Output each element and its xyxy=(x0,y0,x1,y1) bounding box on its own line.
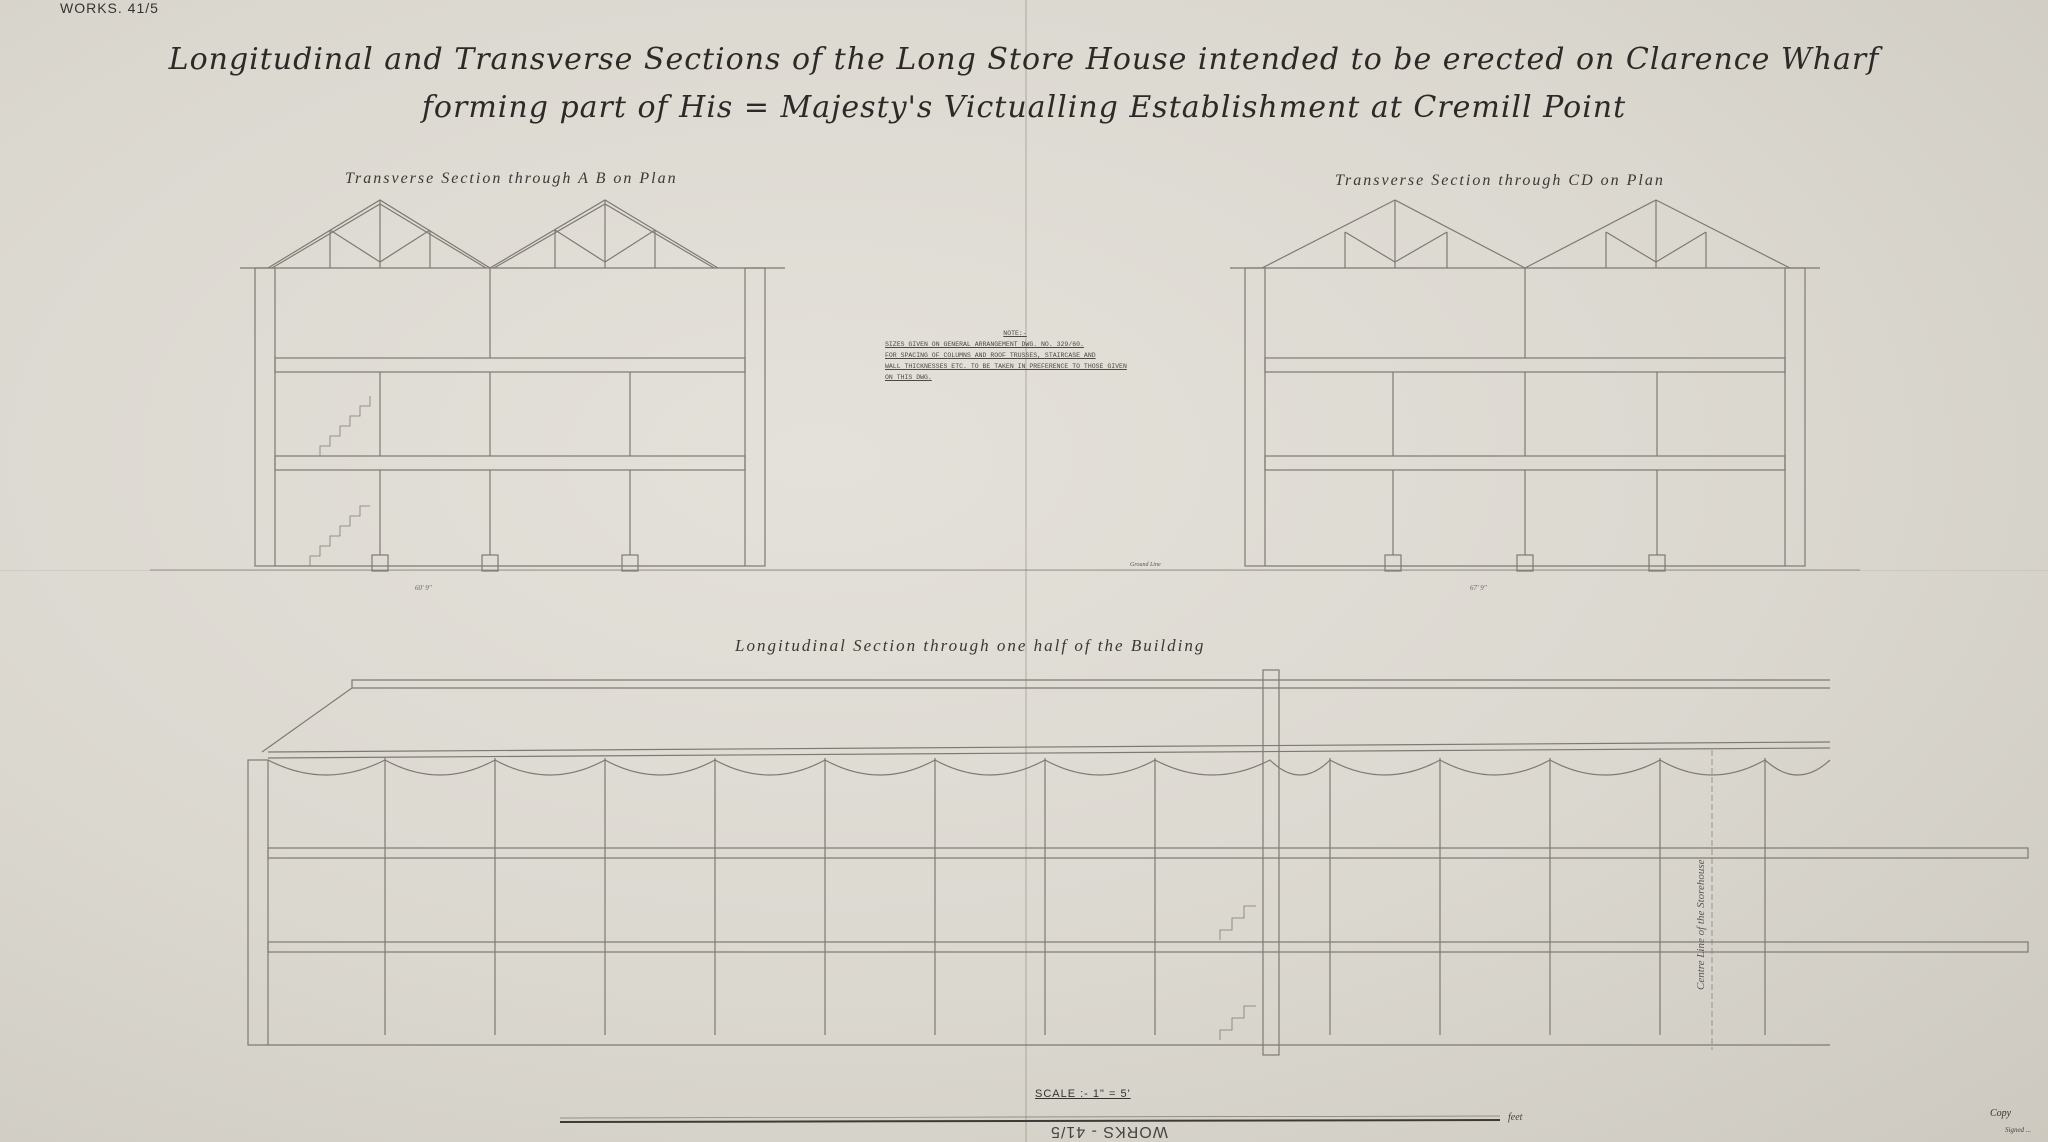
longitudinal-section xyxy=(248,670,2028,1055)
section-drawings xyxy=(0,0,2048,1142)
archive-stamp: WORKS - 41/5 xyxy=(1050,1122,1168,1140)
centre-line-label: Centre Line of the Storehouse xyxy=(1695,859,1707,990)
signature-line: Signed ... xyxy=(2005,1126,2031,1134)
scale-bar xyxy=(560,1116,1500,1122)
scale-unit: feet xyxy=(1508,1112,1522,1123)
transverse-section-ab xyxy=(240,200,785,571)
signature-copy: Copy xyxy=(1990,1108,2011,1119)
scale-label: SCALE :- 1" = 5' xyxy=(1035,1088,1131,1100)
transverse-section-cd xyxy=(1230,200,1820,571)
